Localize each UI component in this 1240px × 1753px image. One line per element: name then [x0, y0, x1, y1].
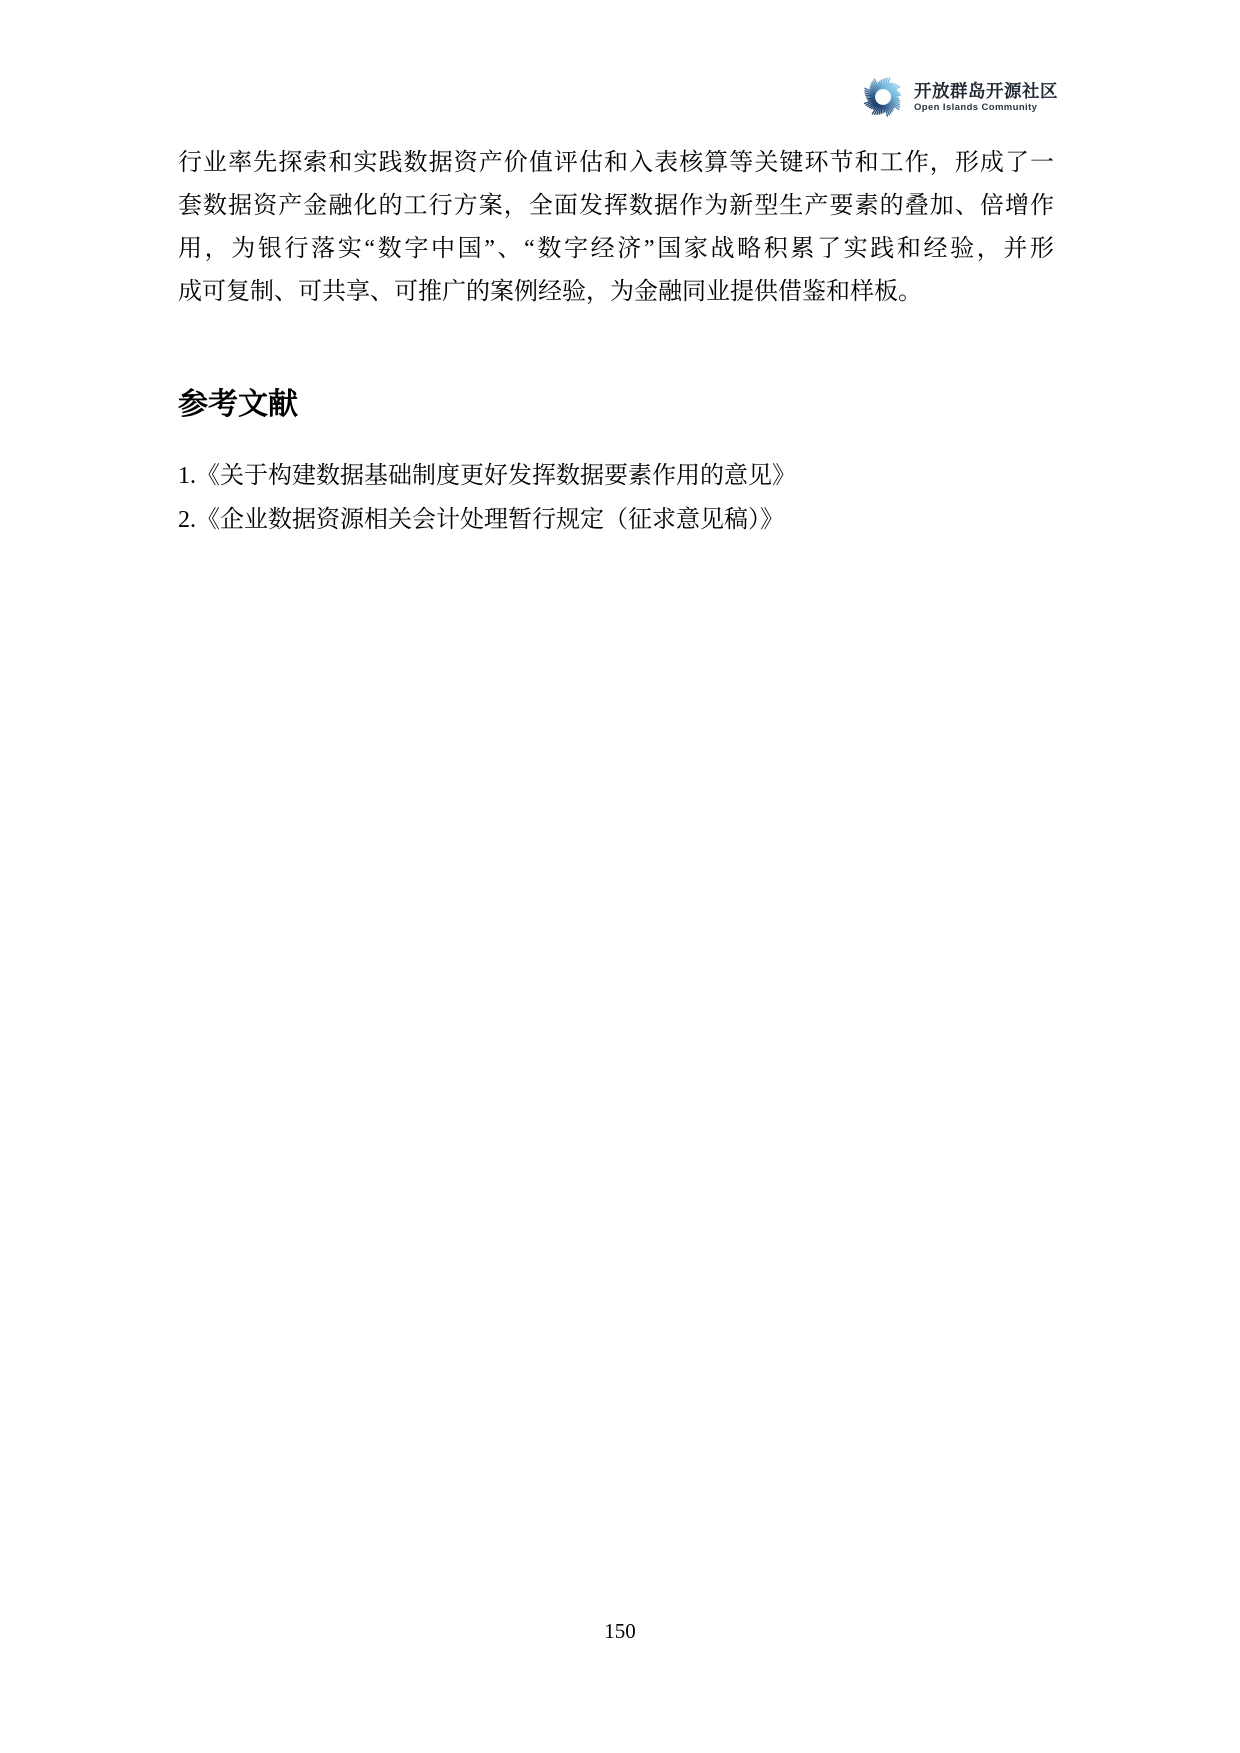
references-heading: 参考文献 — [178, 386, 1054, 424]
logo-text: 开放群岛开源社区 Open Islands Community — [914, 81, 1058, 114]
references-list: 1.《关于构建数据基础制度更好发挥数据要素作用的意见》 2.《企业数据资源相关会… — [178, 454, 1054, 542]
page-content: 行业率先探索和实践数据资产价值评估和入表核算等关键环节和工作，形成了一 套数据资… — [178, 142, 1054, 542]
reference-item: 1.《关于构建数据基础制度更好发挥数据要素作用的意见》 — [178, 454, 1054, 498]
reference-item: 2.《企业数据资源相关会计处理暂行规定（征求意见稿）》 — [178, 498, 1054, 542]
sunburst-icon — [861, 75, 905, 119]
document-page: 开放群岛开源社区 Open Islands Community 行业率先探索和实… — [0, 0, 1240, 1753]
page-number: 150 — [0, 1619, 1240, 1643]
paragraph-line: 用，为银行落实“数字中国”、“数字经济”国家战略积累了实践和经验，并形 — [178, 228, 1054, 271]
paragraph-line: 成可复制、可共享、可推广的案例经验，为金融同业提供借鉴和样板。 — [178, 271, 1054, 314]
paragraph-line: 套数据资产金融化的工行方案，全面发挥数据作为新型生产要素的叠加、倍增作 — [178, 185, 1054, 228]
paragraph-line: 行业率先探索和实践数据资产价值评估和入表核算等关键环节和工作，形成了一 — [178, 142, 1054, 185]
logo: 开放群岛开源社区 Open Islands Community — [861, 75, 1058, 119]
logo-title: 开放群岛开源社区 — [914, 81, 1058, 102]
logo-subtitle: Open Islands Community — [914, 102, 1058, 114]
